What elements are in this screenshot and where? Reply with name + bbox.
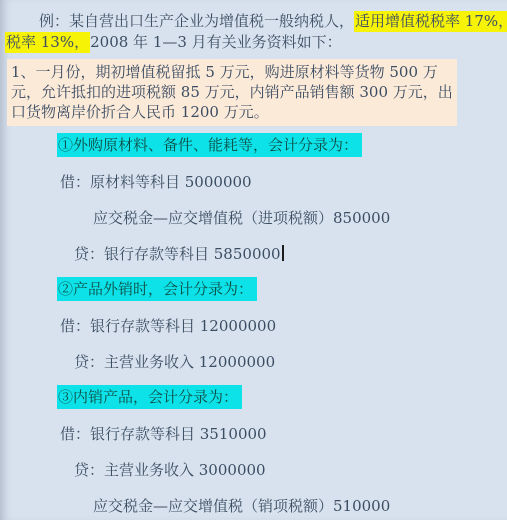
entry-1-header-row[interactable]: ①外购原材料、备件、能耗等，会计分录为： xyxy=(0,127,507,163)
document-page: 例：某自营出口生产企业为增值税一般纳税人，适用增值税税率 17%，退税率 13%… xyxy=(0,0,507,520)
entry-1-debit-line[interactable]: 借：原材料等科目 5000000 xyxy=(0,163,507,199)
entry-1-sub-line[interactable]: 应交税金—应交增值税（进项税额）850000 xyxy=(0,199,507,235)
journal-line-text: 应交税金—应交增值税（销项税额）510000 xyxy=(93,495,390,516)
journal-line-text: 贷：主营业务收入 3000000 xyxy=(74,459,266,480)
entry-2-header-row[interactable]: ②产品外销时，会计分录为： xyxy=(0,271,507,307)
text-cursor xyxy=(282,245,284,261)
journal-line-text: 贷：主营业务收入 12000000 xyxy=(74,351,275,372)
journal-line-text: 借：银行存款等科目 3510000 xyxy=(60,423,267,444)
entry-1-credit-line[interactable]: 贷：银行存款等科目 5850000 xyxy=(0,235,507,271)
journal-line-text: 贷：银行存款等科目 5850000 xyxy=(74,243,281,264)
entry-3-sub-line[interactable]: 应交税金—应交增值税（销项税额）510000 xyxy=(0,487,507,520)
yellow-highlight-rebate-rate: 税率 13%， xyxy=(5,32,90,53)
cyan-highlight-entry-3: ③内销产品，会计分录为： xyxy=(57,385,242,409)
cyan-highlight-entry-1: ①外购原材料、备件、能耗等，会计分录为： xyxy=(57,133,362,157)
entry-2-credit-line[interactable]: 贷：主营业务收入 12000000 xyxy=(0,343,507,379)
journal-line-text: 应交税金—应交增值税（进项税额）850000 xyxy=(93,207,390,228)
entry-3-credit-line[interactable]: 贷：主营业务收入 3000000 xyxy=(0,451,507,487)
journal-line-text: 借：原材料等科目 5000000 xyxy=(60,171,252,192)
yellow-highlight-vat-rate: 适用增值税税率 17%，退 xyxy=(354,11,507,32)
entry-3-header-row[interactable]: ③内销产品，会计分录为： xyxy=(0,379,507,415)
case-paragraph[interactable]: 1、一月份，期初增值税留抵 5 万元，购进原材料等货物 500 万元，允许抵扣的… xyxy=(7,59,457,126)
intro-text-end: 2008 年 1—3 月有关业务资料如下： xyxy=(90,33,342,51)
entry-2-debit-line[interactable]: 借：银行存款等科目 12000000 xyxy=(0,307,507,343)
intro-paragraph[interactable]: 例：某自营出口生产企业为增值税一般纳税人，适用增值税税率 17%，退税率 13%… xyxy=(0,0,507,53)
intro-text-start: 例：某自营出口生产企业为增值税一般纳税人， xyxy=(39,12,354,30)
journal-line-text: 借：银行存款等科目 12000000 xyxy=(60,315,276,336)
entry-3-debit-line[interactable]: 借：银行存款等科目 3510000 xyxy=(0,415,507,451)
journal-entries: ①外购原材料、备件、能耗等，会计分录为： 借：原材料等科目 5000000 应交… xyxy=(0,127,507,520)
cyan-highlight-entry-2: ②产品外销时，会计分录为： xyxy=(57,277,257,301)
